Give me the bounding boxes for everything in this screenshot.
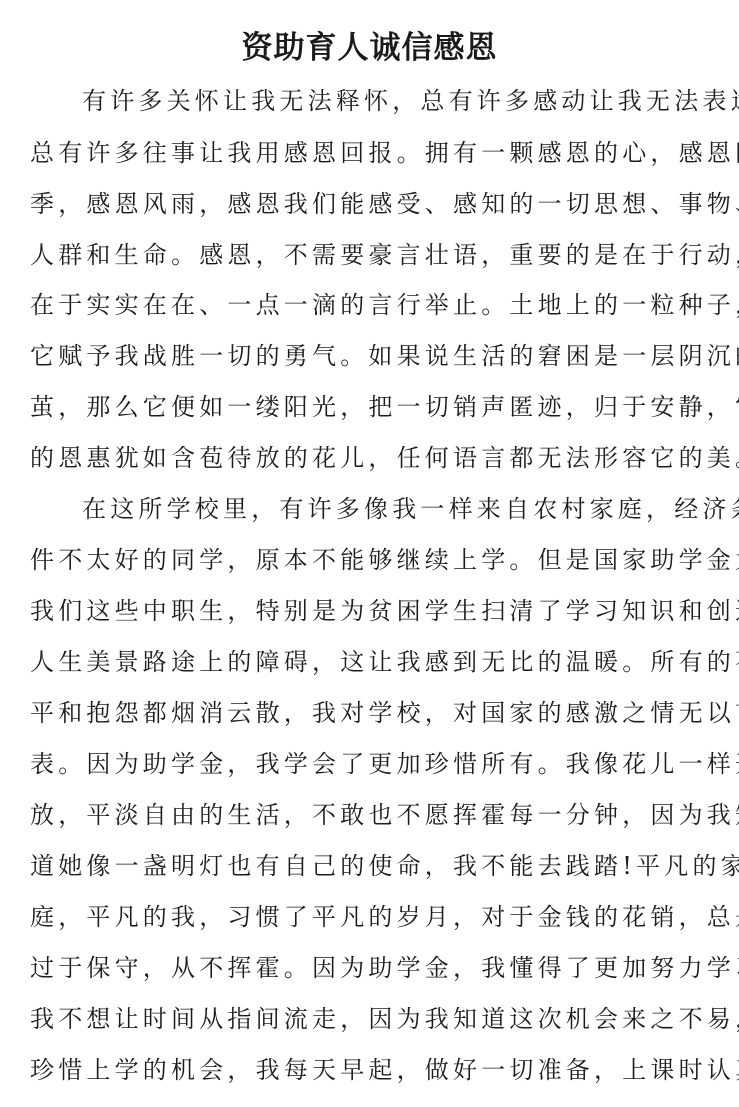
document-title: 资助育人诚信感恩 <box>0 28 739 68</box>
paragraph-2-line: 庭，平凡的我，习惯了平凡的岁月，对于金钱的花销，总是 <box>30 902 739 932</box>
paragraph-2-line: 表。因为助学金，我学会了更加珍惜所有。我像花儿一样开 <box>30 749 739 779</box>
paragraph-2-line: 我不想让时间从指间流走，因为我知道这次机会来之不易， <box>30 1004 739 1034</box>
paragraph-1-line: 的恩惠犹如含苞待放的花儿，任何语言都无法形容它的美。 <box>30 443 739 473</box>
paragraph-2-line: 件不太好的同学，原本不能够继续上学。但是国家助学金为 <box>30 545 739 575</box>
paragraph-2-line: 我们这些中职生，特别是为贫困学生扫清了学习知识和创造 <box>30 596 739 626</box>
paragraph-1-line: 人群和生命。感恩，不需要豪言壮语，重要的是在于行动， <box>30 240 739 270</box>
paragraph-1-line: 总有许多往事让我用感恩回报。拥有一颗感恩的心，感恩四 <box>30 138 739 168</box>
paragraph-2-line: 放，平淡自由的生活，不敢也不愿挥霍每一分钟，因为我知 <box>30 800 739 830</box>
paragraph-2-line: 在这所学校里，有许多像我一样来自农村家庭，经济条 <box>82 494 739 524</box>
paragraph-1-line: 茧，那么它便如一缕阳光，把一切销声匿迹，归于安静，它 <box>30 392 739 422</box>
paragraph-2-line: 过于保守，从不挥霍。因为助学金，我懂得了更加努力学习， <box>30 953 739 983</box>
paragraph-2-line: 人生美景路途上的障碍，这让我感到无比的温暖。所有的不 <box>30 647 739 677</box>
paragraph-2-line: 平和抱怨都烟消云散，我对学校，对国家的感激之情无以言 <box>30 698 739 728</box>
paragraph-1-line: 有许多关怀让我无法释怀，总有许多感动让我无法表达， <box>82 86 739 116</box>
paragraph-2-line: 珍惜上学的机会，我每天早起，做好一切准备，上课时认真 <box>30 1055 739 1085</box>
paragraph-1-line: 季，感恩风雨，感恩我们能感受、感知的一切思想、事物、 <box>30 189 739 219</box>
paragraph-2-line: 道她像一盏明灯也有自己的使命，我不能去践踏!平凡的家 <box>30 851 739 881</box>
paragraph-1-line: 在于实实在在、一点一滴的言行举止。土地上的一粒种子， <box>30 290 739 320</box>
paragraph-1-line: 它赋予我战胜一切的勇气。如果说生活的窘困是一层阴沉的 <box>30 341 739 371</box>
